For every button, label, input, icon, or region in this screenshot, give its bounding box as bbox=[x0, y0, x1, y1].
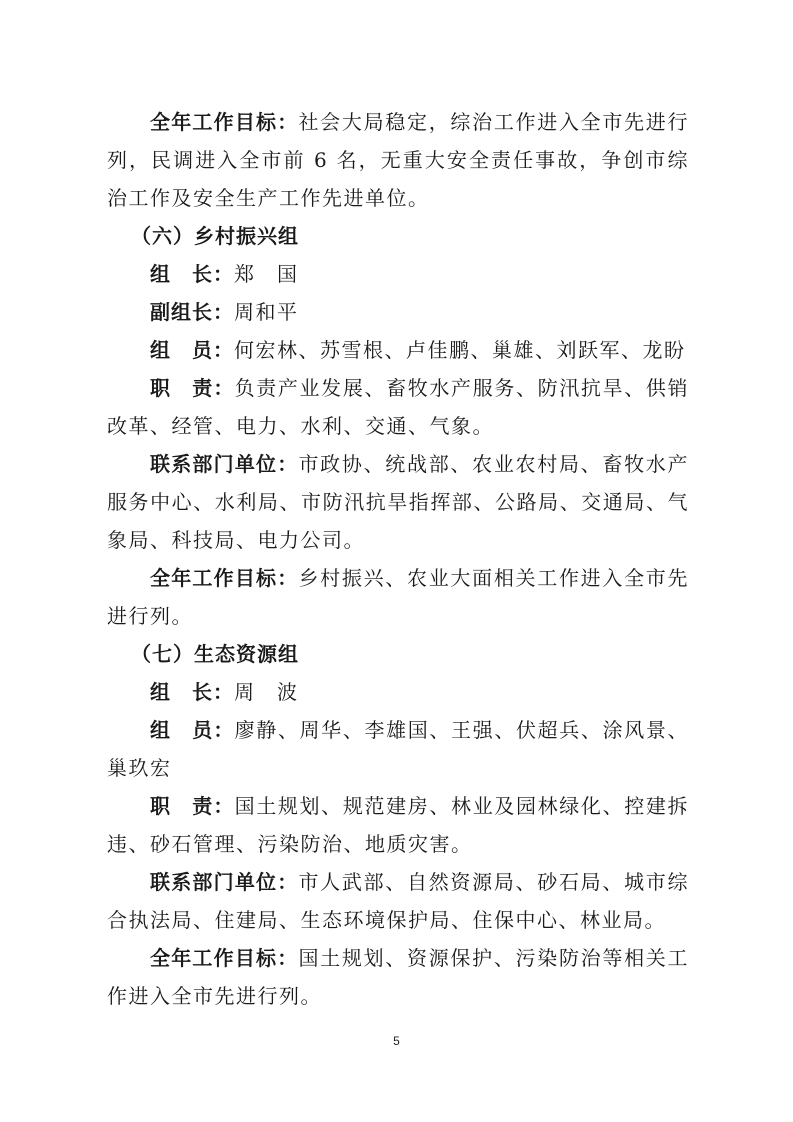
group-leader-paragraph: 组 长：郑 国 bbox=[107, 255, 689, 293]
duties-paragraph: 职 责：负责产业发展、畜牧水产服务、防汛抗旱、供销改革、经管、电力、水利、交通、… bbox=[107, 369, 689, 445]
group-members-label: 组 员： bbox=[150, 338, 234, 362]
duties-label: 职 责： bbox=[150, 376, 235, 400]
liaison-departments-paragraph: 联系部门单位：市政协、统战部、农业农村局、畜牧水产服务中心、水利局、市防汛抗旱指… bbox=[107, 445, 689, 559]
group-members-label: 组 员： bbox=[150, 718, 235, 742]
annual-goal-label: 全年工作目标： bbox=[150, 946, 298, 970]
deputy-leader-paragraph: 副组长：周和平 bbox=[107, 293, 689, 331]
section-heading-rural-revitalization: （六）乡村振兴组 bbox=[107, 217, 689, 255]
group-leader-label: 组 长： bbox=[150, 680, 234, 704]
group-members-paragraph: 组 员：何宏林、苏雪根、卢佳鹏、巢雄、刘跃军、龙盼 bbox=[107, 331, 689, 369]
annual-goal-label: 全年工作目标： bbox=[150, 566, 298, 590]
group-leader-name: 周 波 bbox=[234, 680, 299, 704]
deputy-leader-name: 周和平 bbox=[234, 300, 299, 324]
annual-goal-label: 全年工作目标： bbox=[150, 110, 298, 134]
document-page: 全年工作目标：社会大局稳定，综治工作进入全市先进行列，民调进入全市前 6 名，无… bbox=[107, 103, 689, 1015]
liaison-departments-paragraph: 联系部门单位：市人武部、自然资源局、砂石局、城市综合执法局、住建局、生态环境保护… bbox=[107, 863, 689, 939]
deputy-leader-label: 副组长： bbox=[150, 300, 234, 324]
annual-goal-paragraph: 全年工作目标：乡村振兴、农业大面相关工作进入全市先进行列。 bbox=[107, 559, 689, 635]
group-leader-paragraph: 组 长：周 波 bbox=[107, 673, 689, 711]
duties-label: 职 责： bbox=[150, 794, 235, 818]
section-heading-ecological-resources: （七）生态资源组 bbox=[107, 635, 689, 673]
page-number: 5 bbox=[0, 1034, 793, 1048]
annual-goal-paragraph: 全年工作目标：国土规划、资源保护、污染防治等相关工作进入全市先进行列。 bbox=[107, 939, 689, 1015]
annual-goal-paragraph: 全年工作目标：社会大局稳定，综治工作进入全市先进行列，民调进入全市前 6 名，无… bbox=[107, 103, 689, 217]
group-members-paragraph: 组 员：廖静、周华、李雄国、王强、伏超兵、涂风景、巢玖宏 bbox=[107, 711, 689, 787]
group-leader-name: 郑 国 bbox=[234, 262, 299, 286]
duties-paragraph: 职 责：国土规划、规范建房、林业及园林绿化、控建拆违、砂石管理、污染防治、地质灾… bbox=[107, 787, 689, 863]
group-leader-label: 组 长： bbox=[150, 262, 234, 286]
liaison-departments-label: 联系部门单位： bbox=[150, 870, 298, 894]
liaison-departments-label: 联系部门单位： bbox=[150, 452, 298, 476]
group-members-names: 何宏林、苏雪根、卢佳鹏、巢雄、刘跃军、龙盼 bbox=[234, 338, 686, 362]
